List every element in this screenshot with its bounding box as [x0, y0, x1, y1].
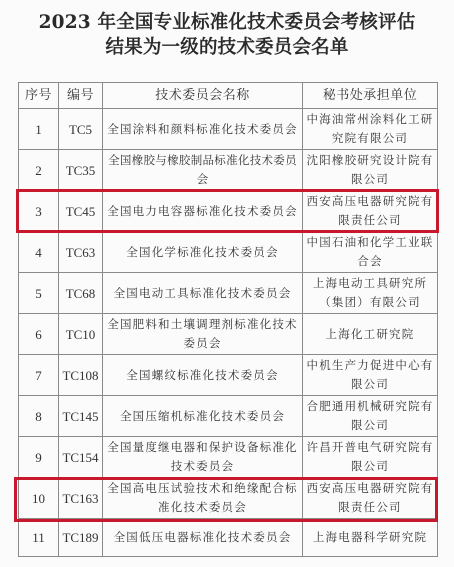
table-row-highlighted: 10 TC163 全国高电压试验技术和绝缘配合标准化技术委员会 西安高压电器研究…: [19, 478, 438, 519]
row-committee-name: 全国涂料和颜料标准化技术委员会: [103, 109, 303, 150]
row-serial: 5: [19, 273, 59, 314]
row-secretariat-unit: 中机生产力促进中心有限公司: [303, 355, 438, 396]
row-code: TC154: [59, 437, 103, 478]
header-secretariat-unit: 秘书处承担单位: [303, 83, 438, 109]
row-secretariat-unit: 中海油常州涂料化工研究院有限公司: [303, 109, 438, 150]
row-secretariat-unit: 沈阳橡胶研究设计院有限公司: [303, 150, 438, 191]
row-committee-name: 全国橡胶与橡胶制品标准化技术委员会: [103, 150, 303, 191]
row-code: TC163: [59, 478, 103, 519]
table-header-row: 序号 编号 技术委员会名称 秘书处承担单位: [19, 83, 438, 109]
row-committee-name: 全国螺纹标准化技术委员会: [103, 355, 303, 396]
table-row: 7 TC108 全国螺纹标准化技术委员会 中机生产力促进中心有限公司: [19, 355, 438, 396]
row-code: TC108: [59, 355, 103, 396]
row-serial: 4: [19, 232, 59, 273]
row-committee-name: 全国量度继电器和保护设备标准化技术委员会: [103, 437, 303, 478]
row-code: TC5: [59, 109, 103, 150]
row-serial: 11: [19, 519, 59, 557]
title-line-2: 结果为一级的技术委员会名单: [0, 35, 454, 60]
row-code: TC45: [59, 191, 103, 232]
row-committee-name: 全国肥料和土壤调理剂标准化技术委员会: [103, 314, 303, 355]
row-code: TC63: [59, 232, 103, 273]
row-serial: 3: [19, 191, 59, 232]
row-committee-name: 全国电动工具标准化技术委员会: [103, 273, 303, 314]
table-row: 9 TC154 全国量度继电器和保护设备标准化技术委员会 许昌开普电气研究院有限…: [19, 437, 438, 478]
row-code: TC189: [59, 519, 103, 557]
row-secretariat-unit: 合肥通用机械研究院有限公司: [303, 396, 438, 437]
row-secretariat-unit: 西安高压电器研究院有限责任公司: [303, 478, 438, 519]
row-serial: 9: [19, 437, 59, 478]
header-serial: 序号: [19, 83, 59, 109]
row-secretariat-unit: 上海化工研究院: [303, 314, 438, 355]
row-secretariat-unit: 上海电动工具研究所（集团）有限公司: [303, 273, 438, 314]
table-row: 6 TC10 全国肥料和土壤调理剂标准化技术委员会 上海化工研究院: [19, 314, 438, 355]
row-committee-name: 全国低压电器标准化技术委员会: [103, 519, 303, 557]
row-serial: 2: [19, 150, 59, 191]
row-secretariat-unit: 西安高压电器研究院有限责任公司: [303, 191, 438, 232]
document-title: 2023 年全国专业标准化技术委员会考核评估 结果为一级的技术委员会名单: [0, 10, 454, 60]
table-row-highlighted: 3 TC45 全国电力电容器标准化技术委员会 西安高压电器研究院有限责任公司: [19, 191, 438, 232]
row-committee-name: 全国压缩机标准化技术委员会: [103, 396, 303, 437]
row-code: TC35: [59, 150, 103, 191]
row-code: TC10: [59, 314, 103, 355]
table-row: 2 TC35 全国橡胶与橡胶制品标准化技术委员会 沈阳橡胶研究设计院有限公司: [19, 150, 438, 191]
row-secretariat-unit: 中国石油和化学工业联合会: [303, 232, 438, 273]
table-row: 8 TC145 全国压缩机标准化技术委员会 合肥通用机械研究院有限公司: [19, 396, 438, 437]
row-serial: 6: [19, 314, 59, 355]
header-code: 编号: [59, 83, 103, 109]
row-code: TC68: [59, 273, 103, 314]
row-committee-name: 全国电力电容器标准化技术委员会: [103, 191, 303, 232]
row-committee-name: 全国高电压试验技术和绝缘配合标准化技术委员会: [103, 478, 303, 519]
row-code: TC145: [59, 396, 103, 437]
row-serial: 1: [19, 109, 59, 150]
row-serial: 10: [19, 478, 59, 519]
table-row: 1 TC5 全国涂料和颜料标准化技术委员会 中海油常州涂料化工研究院有限公司: [19, 109, 438, 150]
table-row: 11 TC189 全国低压电器标准化技术委员会 上海电器科学研究院: [19, 519, 438, 557]
table-row: 5 TC68 全国电动工具标准化技术委员会 上海电动工具研究所（集团）有限公司: [19, 273, 438, 314]
committee-table: 序号 编号 技术委员会名称 秘书处承担单位 1 TC5 全国涂料和颜料标准化技术…: [18, 82, 438, 557]
row-secretariat-unit: 许昌开普电气研究院有限公司: [303, 437, 438, 478]
row-secretariat-unit: 上海电器科学研究院: [303, 519, 438, 557]
header-committee-name: 技术委员会名称: [103, 83, 303, 109]
table-row: 4 TC63 全国化学标准化技术委员会 中国石油和化学工业联合会: [19, 232, 438, 273]
row-serial: 7: [19, 355, 59, 396]
title-line-1: 2023 年全国专业标准化技术委员会考核评估: [0, 10, 454, 35]
row-committee-name: 全国化学标准化技术委员会: [103, 232, 303, 273]
row-serial: 8: [19, 396, 59, 437]
